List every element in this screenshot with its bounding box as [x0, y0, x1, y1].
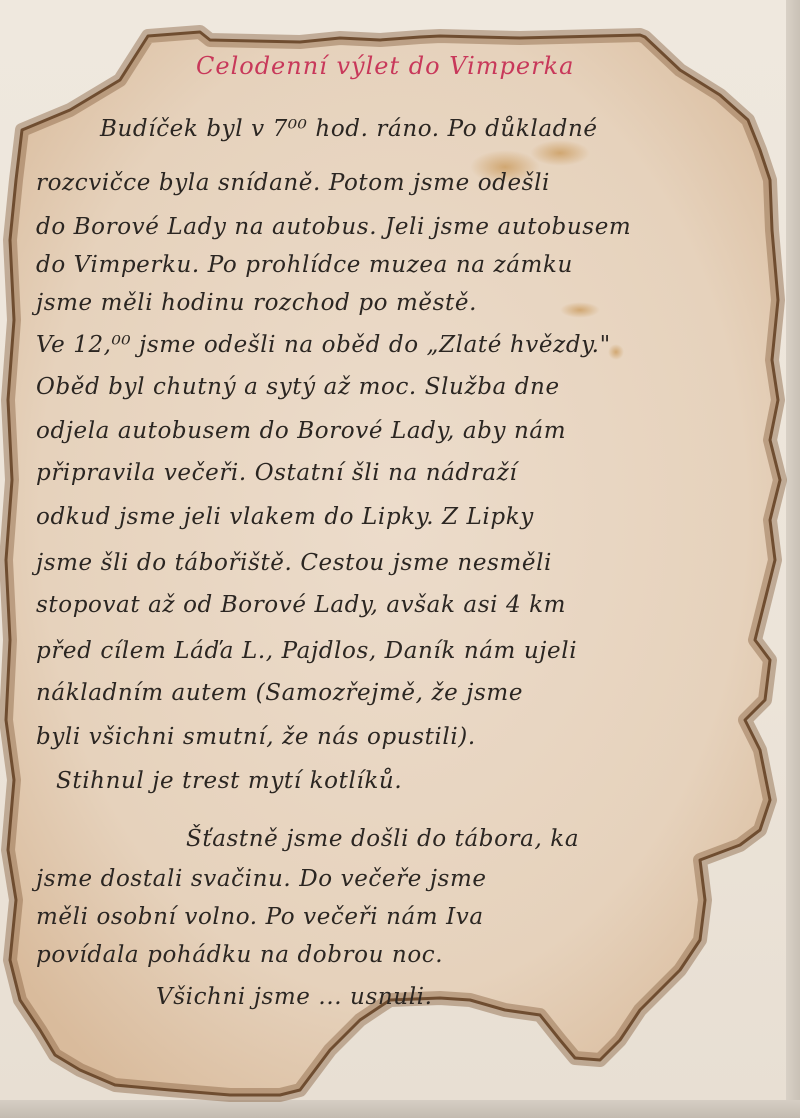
text-line-4: do Vimperku. Po prohlídce muzea na zámku: [36, 252, 573, 278]
text-line-17: Šťastně jsme došli do tábora, ka: [186, 826, 579, 852]
text-line-16: Stihnul je trest mytí kotlíků.: [56, 768, 402, 794]
stain-2: [530, 140, 590, 166]
stain-3: [560, 302, 600, 318]
document-title: Celodenní výlet do Vimperka: [196, 52, 574, 80]
text-line-20: povídala pohádku na dobrou noc.: [36, 942, 443, 968]
text-line-1: Budíček byl v 7⁰⁰ hod. ráno. Po důkladné: [100, 116, 598, 142]
text-line-15: byli všichni smutní, že nás opustili).: [36, 724, 476, 750]
text-line-2: rozcvičce byla snídaně. Potom jsme odešl…: [36, 170, 550, 196]
text-line-6: Ve 12,⁰⁰ jsme odešli na oběd do „Zlaté h…: [36, 332, 611, 358]
text-line-3: do Borové Lady na autobus. Jeli jsme aut…: [36, 214, 631, 240]
text-line-19: měli osobní volno. Po večeři nám Iva: [36, 904, 484, 930]
text-line-12: stopovat až od Borové Lady, avšak asi 4 …: [36, 592, 566, 618]
text-line-9: připravila večeři. Ostatní šli na nádraž…: [36, 460, 517, 486]
text-line-10: odkud jsme jeli vlakem do Lipky. Z Lipky: [36, 504, 534, 530]
text-line-7: Oběd byl chutný a sytý až moc. Služba dn…: [36, 374, 560, 400]
text-line-21: Všichni jsme ... usnuli.: [156, 984, 433, 1010]
text-line-18: jsme dostali svačinu. Do večeře jsme: [36, 866, 487, 892]
text-line-14: nákladním autem (Samozřejmě, že jsme: [36, 680, 523, 706]
text-line-13: před cílem Láďa L., Pajdlos, Daník nám u…: [36, 638, 577, 664]
text-line-8: odjela autobusem do Borové Lady, aby nám: [36, 418, 566, 444]
text-line-11: jsme šli do tábořiště. Cestou jsme nesmě…: [36, 550, 552, 576]
text-line-5: jsme měli hodinu rozchod po městě.: [36, 290, 477, 316]
